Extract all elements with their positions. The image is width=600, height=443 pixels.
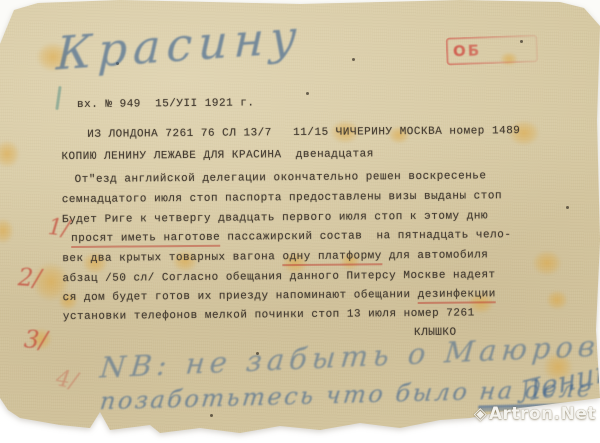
telegram-copy-line: КОПИЮ ЛЕНИНУ ЛЕЖАВЕ ДЛЯ КРАСИНА двенадца… bbox=[61, 148, 374, 163]
line-text: пассажирский состав на пятнадцать чело- bbox=[220, 229, 511, 244]
telegram-body-line: абзац /50 сл/ Согласно обещания данного … bbox=[62, 269, 495, 285]
telegram-body-line: просят иметь наготове пассажирский соста… bbox=[71, 229, 511, 245]
telegram-body-line: ся дом будет готов их приезду напоминают… bbox=[63, 288, 496, 304]
artron-watermark: ◈ Artron.Net bbox=[474, 404, 596, 424]
telegram-body-line: век два крытых товарных вагона одну плат… bbox=[62, 249, 488, 265]
red-underlined-phrase: просят иметь наготове bbox=[71, 232, 220, 248]
artron-logo-icon: ◈ bbox=[474, 404, 487, 424]
red-underlined-phrase: дезинфекции bbox=[418, 288, 496, 304]
telegram-body-line: установки телефонов мелкой починки стоп … bbox=[63, 307, 475, 323]
line-text: для автомобиля bbox=[382, 249, 489, 262]
margin-mark-2: 2/ bbox=[17, 263, 42, 293]
margin-mark-1: 1/ bbox=[47, 215, 71, 242]
artron-watermark-text: Artron.Net bbox=[489, 404, 596, 424]
telegram-body-line: семнадцатого июля стоп паспорта предоста… bbox=[62, 190, 502, 206]
telegram-origin-line: ИЗ ЛОНДОНА 7261 76 СЛ 13/7 11/15 ЧИЧЕРИН… bbox=[87, 125, 520, 141]
paper-shadow: ОБ вх. № 949 15/УII 1921 г. ИЗ ЛОНДОНА 7… bbox=[0, 0, 600, 443]
telegram-body-line: Будет Риге к четвергу двадцать первого и… bbox=[62, 210, 488, 226]
telegram-paper: ОБ вх. № 949 15/УII 1921 г. ИЗ ЛОНДОНА 7… bbox=[0, 0, 600, 443]
margin-mark-3: 3/ bbox=[23, 325, 48, 355]
registration-line: вх. № 949 15/УII 1921 г. bbox=[77, 97, 255, 111]
margin-mark-4: 4/ bbox=[54, 366, 79, 394]
photo-background: ОБ вх. № 949 15/УII 1921 г. ИЗ ЛОНДОНА 7… bbox=[0, 0, 600, 443]
line-text: век два крытых товарных вагона bbox=[62, 251, 282, 265]
telegram-body-line: От"езд английской делегации окончательно… bbox=[75, 170, 487, 186]
red-underlined-phrase: одну платформу bbox=[282, 250, 382, 266]
line-text: ся дом будет готов их приезду напоминают… bbox=[63, 289, 418, 304]
